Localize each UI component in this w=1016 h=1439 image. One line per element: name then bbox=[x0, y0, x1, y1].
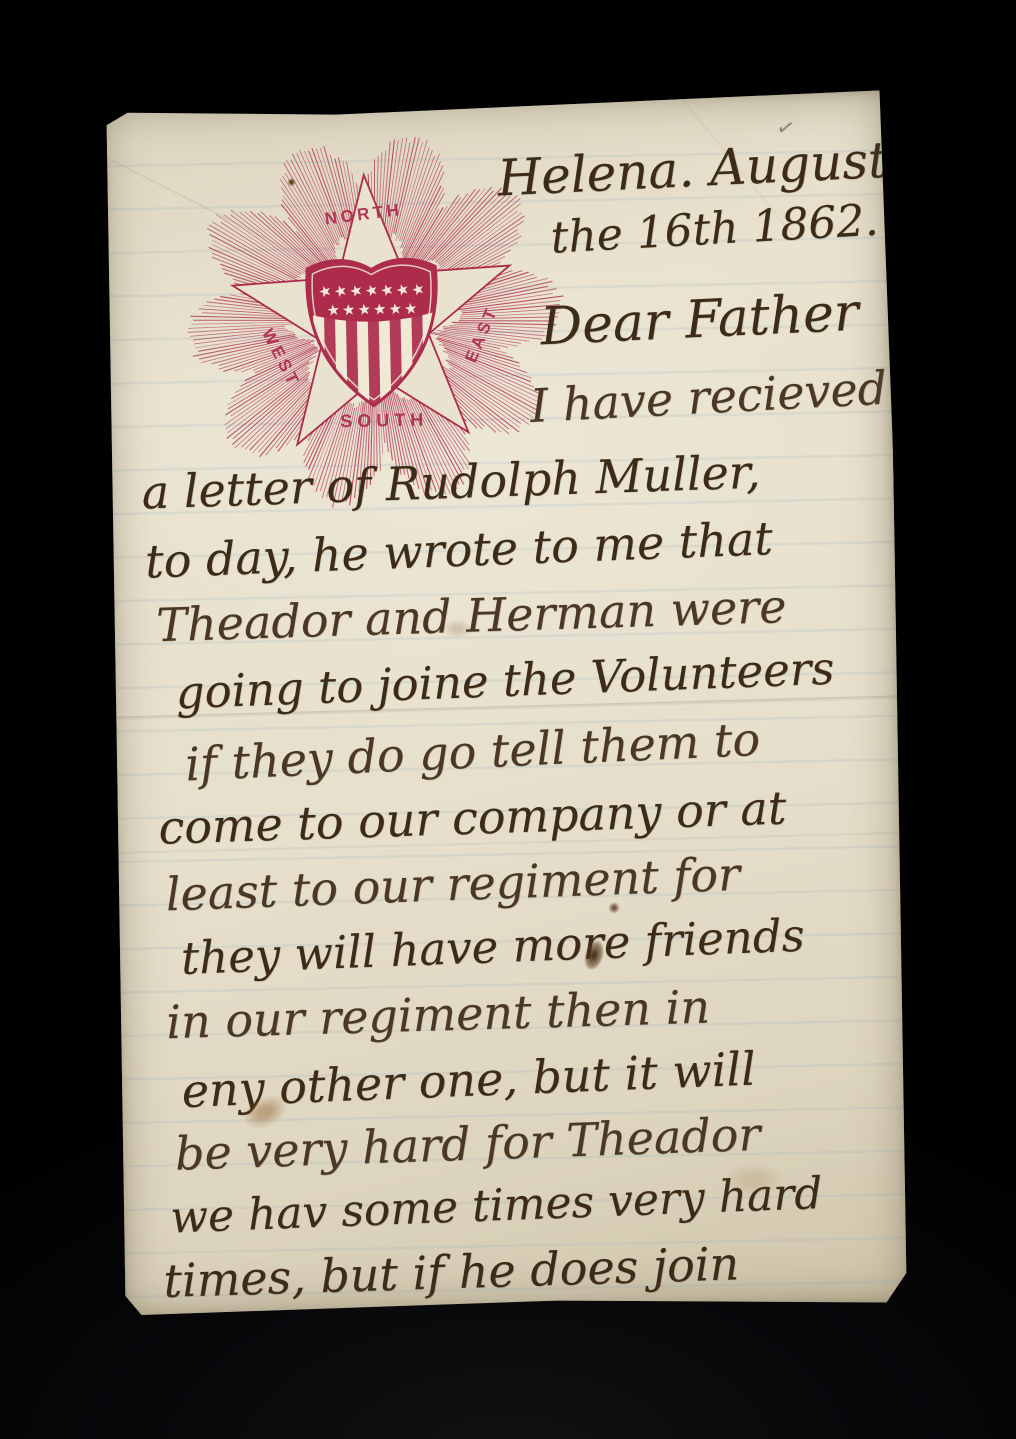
letter-line: going to joine the Volunteers bbox=[175, 646, 835, 716]
letter-line: times, but if he does join bbox=[163, 1240, 740, 1304]
letter-line: come to our company or at bbox=[158, 785, 787, 851]
letter-line: Theador and Herman were bbox=[156, 583, 787, 648]
letter-line: least to our regiment for bbox=[165, 851, 741, 918]
salutation: Dear Father bbox=[539, 287, 860, 354]
letter-paper: NORTH WEST EAST SOUTH Helena. August the… bbox=[100, 90, 910, 1318]
letter-line: in our regiment then in bbox=[166, 984, 711, 1046]
emblem-label-south: SOUTH bbox=[340, 409, 428, 431]
letter-line: if they do go tell them to bbox=[184, 716, 761, 788]
letter-line: be very hard for Theador bbox=[174, 1111, 761, 1177]
letter-line: to day, he wrote to me that bbox=[144, 515, 773, 585]
letter-line: eny other one, but it will bbox=[181, 1046, 757, 1115]
photo-background: NORTH WEST EAST SOUTH Helena. August the… bbox=[0, 0, 1016, 1439]
letter-line: we hav some times very hard bbox=[169, 1172, 823, 1240]
letter-line: they will have more friends bbox=[180, 913, 805, 981]
